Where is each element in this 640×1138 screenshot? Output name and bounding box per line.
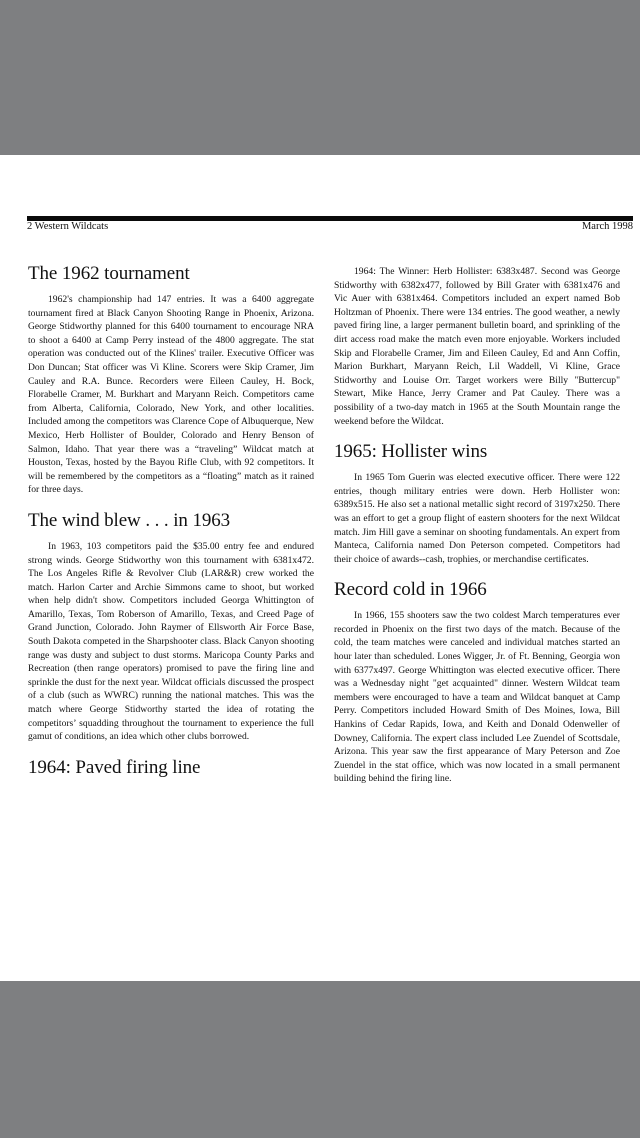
left-column: The 1962 tournament 1962's championship … bbox=[28, 263, 314, 787]
section-body: 1964: The Winner: Herb Hollister: 6383x4… bbox=[334, 265, 620, 428]
right-column: 1964: The Winner: Herb Hollister: 6383x4… bbox=[334, 265, 620, 799]
header-date: March 1998 bbox=[582, 221, 633, 232]
header-publication: 2 Western Wildcats bbox=[27, 221, 108, 232]
section-1965: 1965: Hollister wins In 1965 Tom Guerin … bbox=[334, 441, 620, 566]
section-heading: The 1962 tournament bbox=[28, 263, 314, 285]
section-1966: Record cold in 1966 In 1966, 155 shooter… bbox=[334, 579, 620, 786]
document-page: 2 Western Wildcats March 1998 The 1962 t… bbox=[0, 155, 640, 981]
section-body: 1962's championship had 147 entries. It … bbox=[28, 293, 314, 497]
section-1964-body: 1964: The Winner: Herb Hollister: 6383x4… bbox=[334, 265, 620, 428]
section-1963: The wind blew . . . in 1963 In 1963, 103… bbox=[28, 510, 314, 744]
section-1964-heading: 1964: Paved firing line bbox=[28, 757, 314, 779]
section-heading: 1964: Paved firing line bbox=[28, 757, 314, 779]
section-heading: 1965: Hollister wins bbox=[334, 441, 620, 463]
section-body: In 1966, 155 shooters saw the two coldes… bbox=[334, 609, 620, 786]
section-body: In 1963, 103 competitors paid the $35.00… bbox=[28, 540, 314, 744]
section-heading: The wind blew . . . in 1963 bbox=[28, 510, 314, 532]
section-body: In 1965 Tom Guerin was elected executive… bbox=[334, 471, 620, 566]
section-heading: Record cold in 1966 bbox=[334, 579, 620, 601]
section-1962: The 1962 tournament 1962's championship … bbox=[28, 263, 314, 497]
running-header: 2 Western Wildcats March 1998 bbox=[27, 221, 633, 232]
